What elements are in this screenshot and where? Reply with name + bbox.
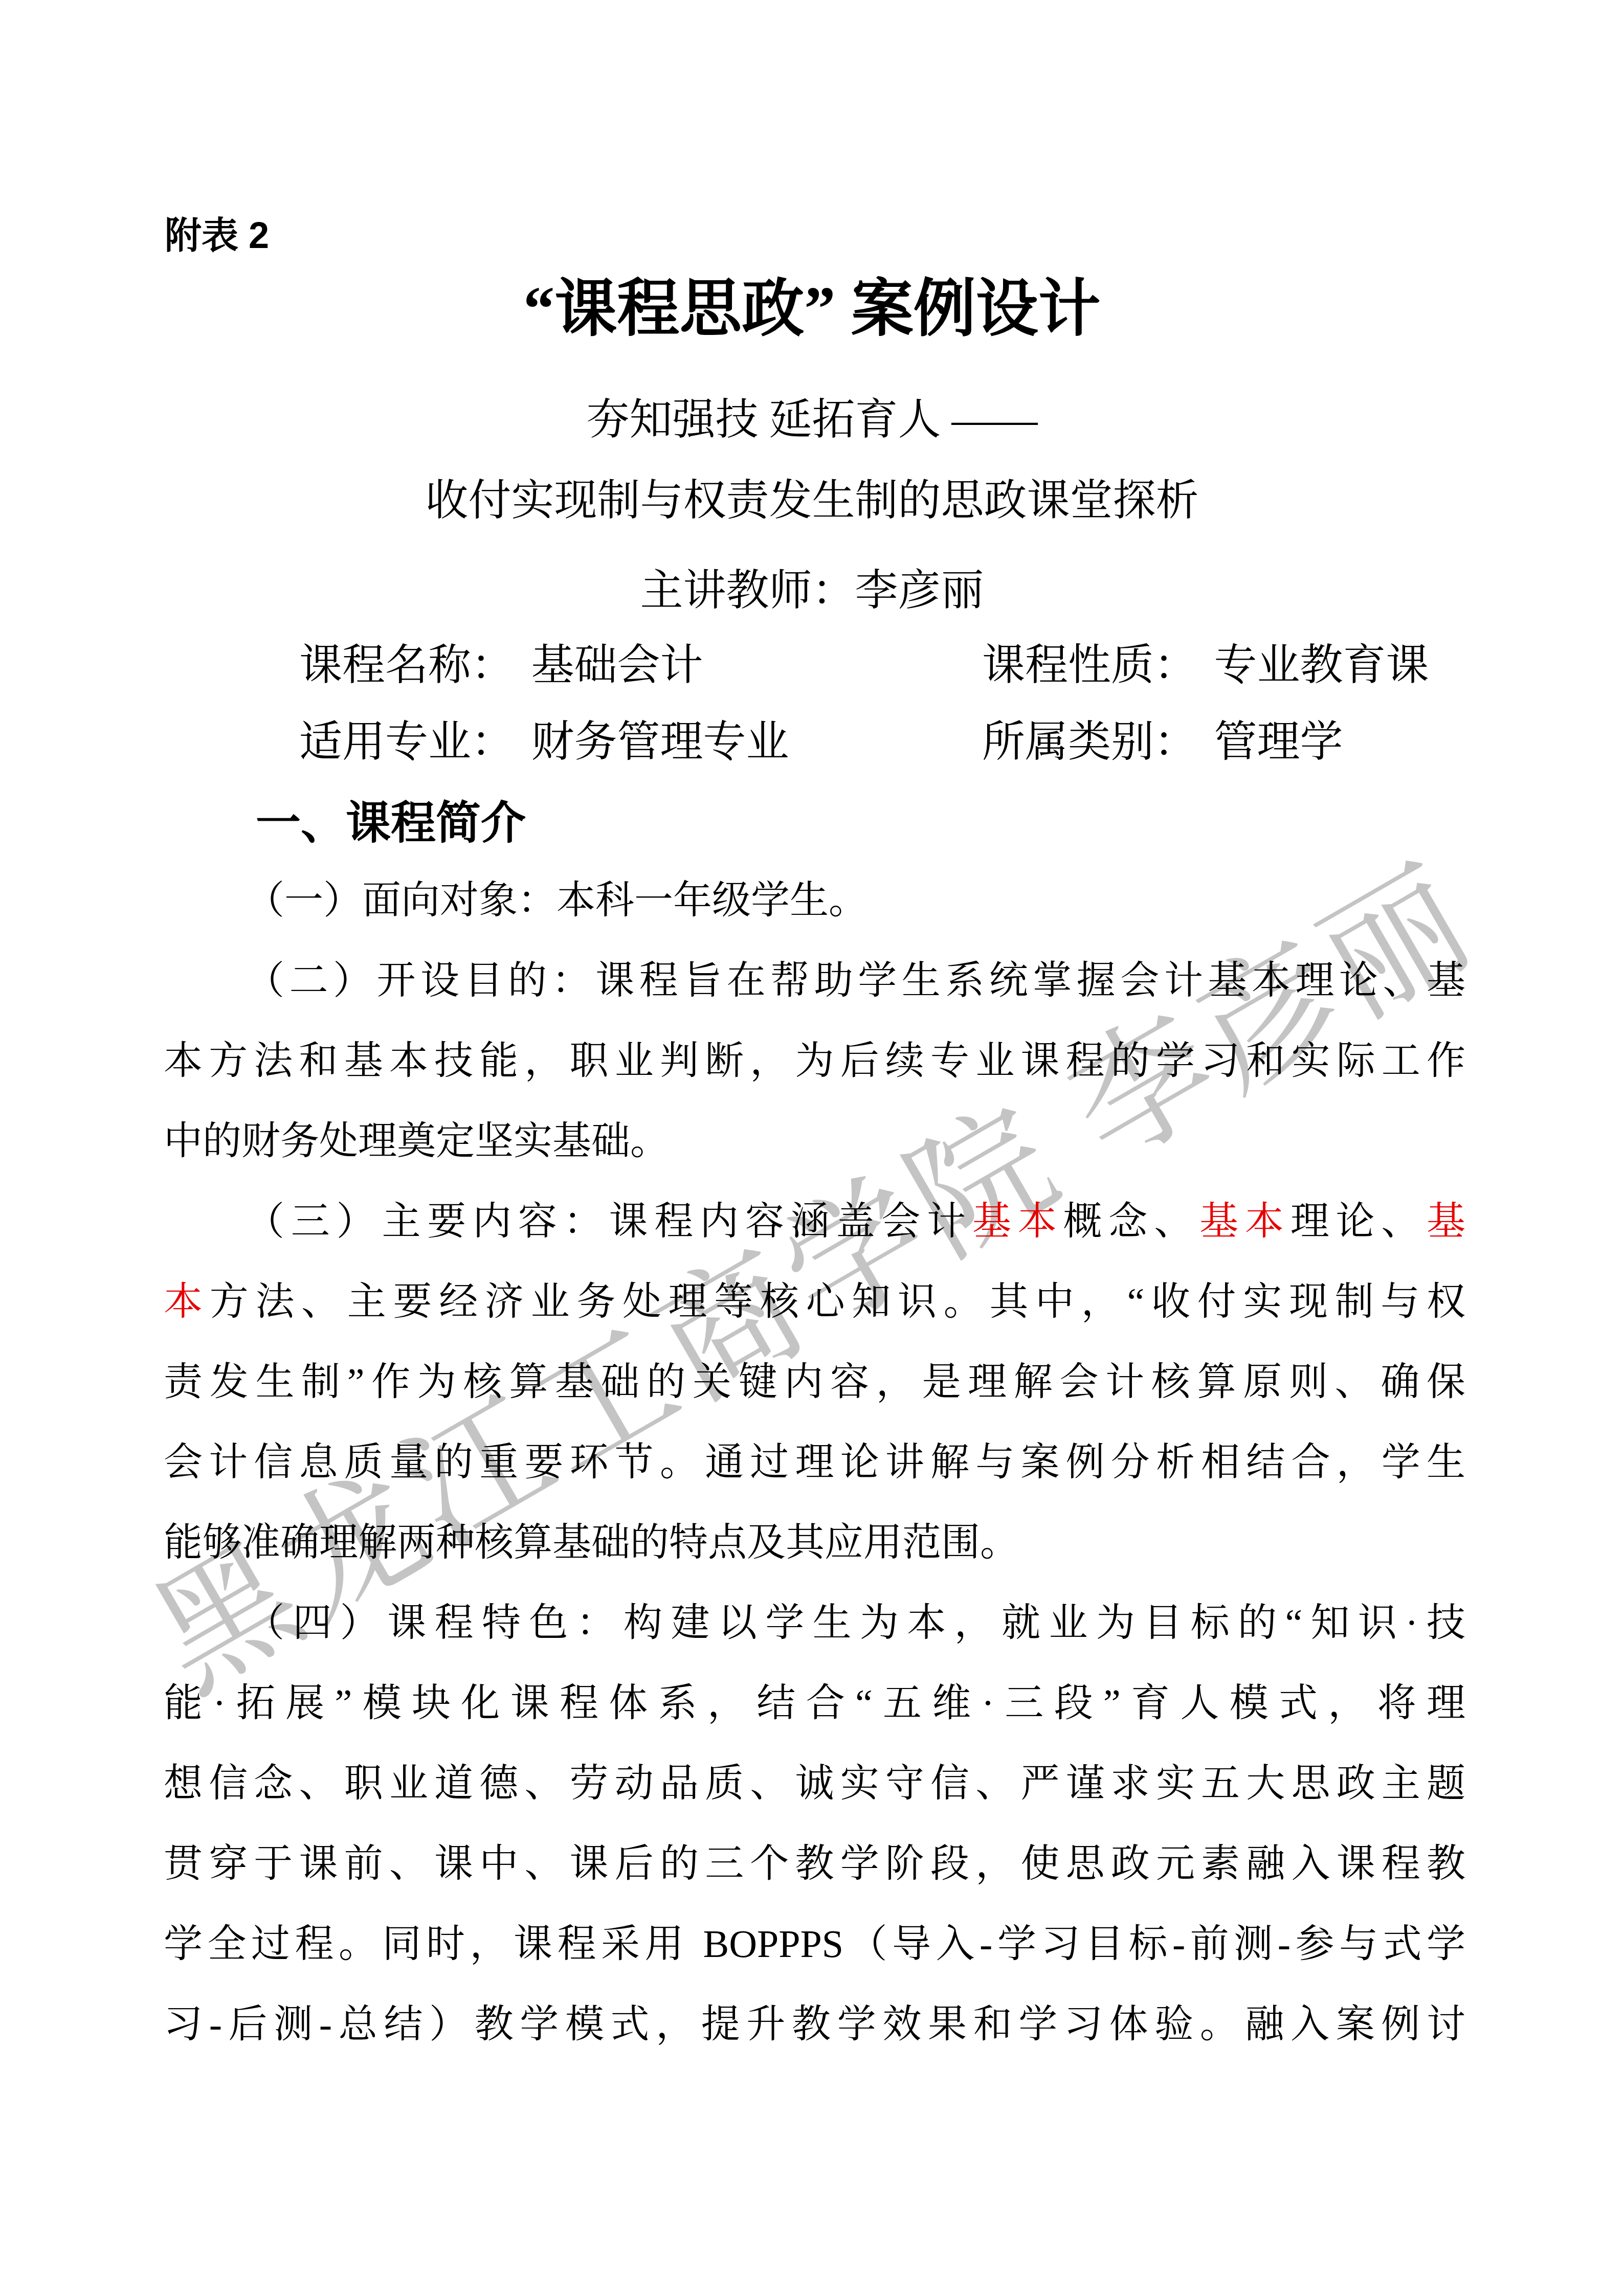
body-line: 能·拓展”模块化课程体系，结合“五维·三段”育人模式，将理 bbox=[164, 1663, 1465, 1744]
body-line: （三）主要内容：课程内容涵盖会计基本概念、基本理论、基 bbox=[164, 1182, 1465, 1262]
emphasis-red-text: 本 bbox=[164, 1280, 210, 1323]
course-nature-value: 专业教育课 bbox=[1214, 642, 1429, 689]
body-line: 本方法、主要经济业务处理等核心知识。其中，“收付实现制与权 bbox=[164, 1262, 1465, 1342]
body-line: 本方法和基本技能，职业判断，为后续专业课程的学习和实际工作 bbox=[164, 1021, 1465, 1101]
motto-line: 夯知强技 延拓育人 —— bbox=[0, 395, 1624, 446]
course-name-value: 基础会计 bbox=[531, 642, 703, 689]
body-line: 习-后测-总结）教学模式，提升教学效果和学习体验。融入案例讨 bbox=[164, 1985, 1465, 2065]
appendix-label: 附表 2 bbox=[165, 215, 269, 257]
body-line: （一）面向对象：本科一年级学生。 bbox=[164, 861, 1465, 941]
lecturer-line: 主讲教师：李彦丽 bbox=[0, 566, 1624, 617]
body-line: 责发生制”作为核算基础的关键内容，是理解会计核算原则、确保 bbox=[164, 1342, 1465, 1423]
body-line: 学全过程。同时，课程采用 BOPPPS（导入-学习目标-前测-参与式学 bbox=[164, 1904, 1465, 1985]
applicable-major-label: 适用专业： bbox=[299, 718, 514, 766]
category-field: 所属类别：管理学 bbox=[982, 717, 1343, 769]
emphasis-red-text: 基 bbox=[1427, 1200, 1465, 1243]
document-page: 黑龙江工商学院 李彦丽 附表 2 “课程思政” 案例设计 夯知强技 延拓育人 —… bbox=[0, 0, 1624, 2296]
emphasis-red-text: 基本 bbox=[972, 1200, 1063, 1243]
document-title: “课程思政” 案例设计 bbox=[0, 272, 1624, 347]
emphasis-red-text: 基本 bbox=[1199, 1200, 1291, 1243]
course-nature-label: 课程性质： bbox=[982, 642, 1197, 689]
body-text-block: （一）面向对象：本科一年级学生。 （二）开设目的：课程旨在帮助学生系统掌握会计基… bbox=[164, 861, 1465, 2065]
course-nature-field: 课程性质：专业教育课 bbox=[982, 640, 1429, 692]
category-label: 所属类别： bbox=[982, 718, 1197, 766]
body-segment: （三）主要内容：课程内容涵盖会计 bbox=[246, 1200, 972, 1243]
body-line: 想信念、职业道德、劳动品质、诚实守信、严谨求实五大思政主题 bbox=[164, 1744, 1465, 1824]
body-line: 中的财务处理奠定坚实基础。 bbox=[164, 1101, 1465, 1182]
course-name-field: 课程名称：基础会计 bbox=[299, 640, 703, 692]
body-line: （二）开设目的：课程旨在帮助学生系统掌握会计基本理论、基 bbox=[164, 941, 1465, 1021]
applicable-major-value: 财务管理专业 bbox=[531, 718, 789, 766]
body-line: 贯穿于课前、课中、课后的三个教学阶段，使思政元素融入课程教 bbox=[164, 1824, 1465, 1904]
body-line: 会计信息质量的重要环节。通过理论讲解与案例分析相结合，学生 bbox=[164, 1423, 1465, 1503]
category-value: 管理学 bbox=[1214, 718, 1343, 766]
body-segment: 理论、 bbox=[1291, 1200, 1427, 1243]
case-title-line: 收付实现制与权责发生制的思政课堂探析 bbox=[0, 476, 1624, 527]
body-line: （四）课程特色：构建以学生为本，就业为目标的“知识·技 bbox=[164, 1583, 1465, 1663]
body-segment: 方法、主要经济业务处理等核心知识。其中，“收付实现制与权 bbox=[210, 1280, 1465, 1323]
course-name-label: 课程名称： bbox=[299, 642, 514, 689]
applicable-major-field: 适用专业：财务管理专业 bbox=[299, 717, 789, 769]
section-heading-course-intro: 一、课程简介 bbox=[256, 796, 526, 850]
body-line: 能够准确理解两种核算基础的特点及其应用范围。 bbox=[164, 1503, 1465, 1583]
body-segment: 概念、 bbox=[1063, 1200, 1199, 1243]
